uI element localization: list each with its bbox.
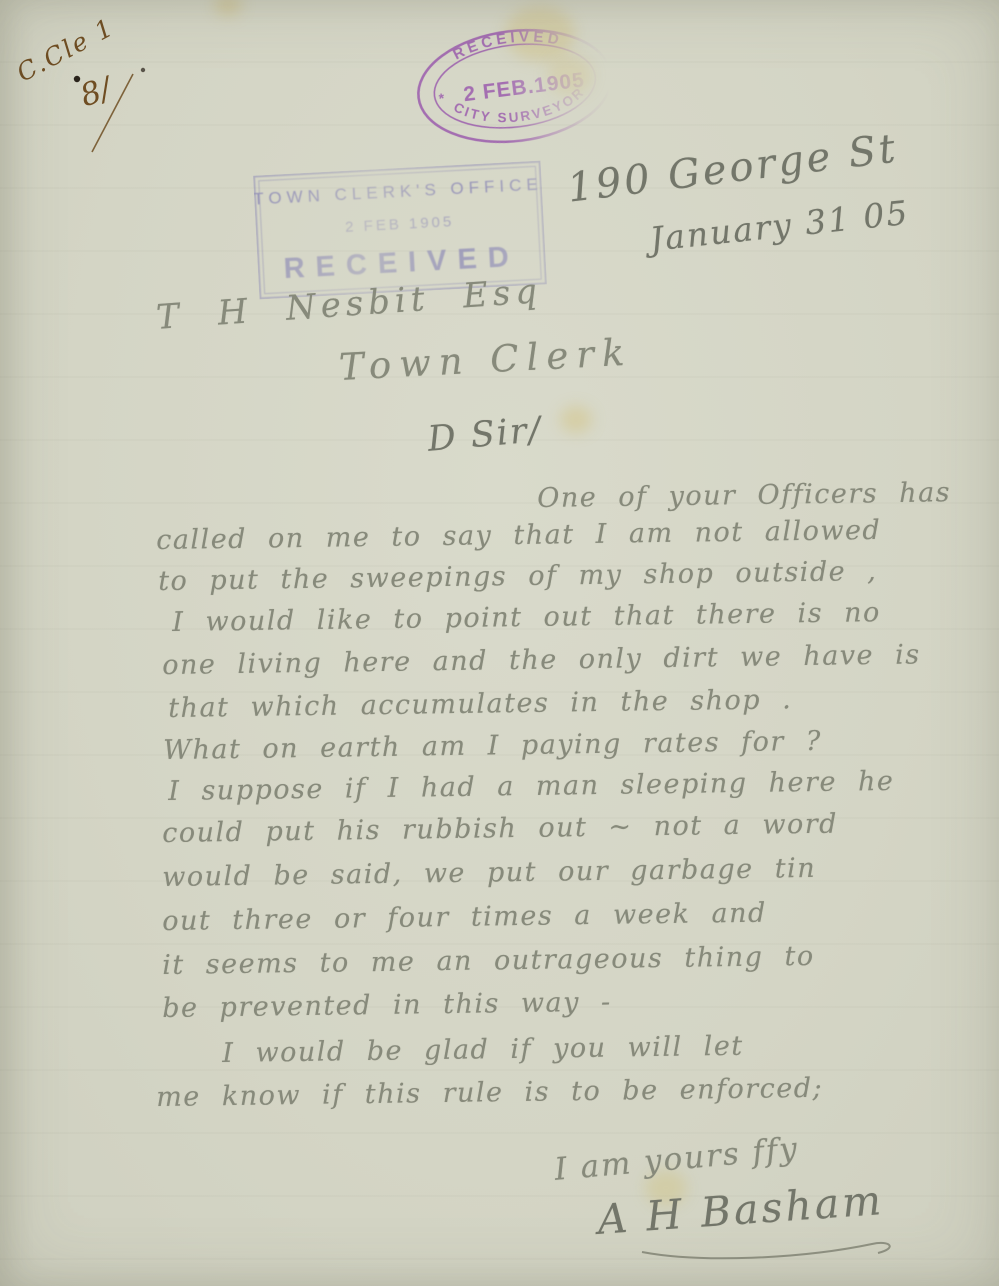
city-surveyor-received-stamp: RECEIVED CITY SURVEYOR 2 FEB.1905 * — [405, 12, 625, 162]
letter-line: that which accumulates in the shop . — [168, 684, 792, 724]
letter-page: C.Cle 1 8/ RECEIVED CITY SURVEYOR 2 FEB.… — [0, 0, 999, 1286]
letter-line: one living here and the only dirt we hav… — [162, 639, 921, 681]
letter-line: it seems to me an outrageous thing to — [162, 941, 815, 981]
letter-line: could put his rubbish out ~ not a word — [162, 809, 838, 849]
letter-line: I would like to point out that there is … — [172, 597, 881, 638]
stamp-star: * — [438, 90, 446, 107]
letter-line: What on earth am I paying rates for ? — [163, 726, 822, 766]
svg-text:RECEIVED: RECEIVED — [449, 23, 566, 64]
ink-dot — [141, 68, 145, 72]
letter-line: would be said, we put our garbage tin — [162, 853, 816, 893]
closing-valediction: I am yours ffy — [553, 1131, 800, 1188]
stain — [560, 406, 592, 433]
stain — [214, 0, 242, 16]
stamp-office-text: TOWN CLERK'S OFFICE — [253, 174, 543, 209]
letter-line: called on me to say that I am not allowe… — [156, 515, 881, 556]
letter-line: One of your Officers has — [537, 477, 951, 514]
recipient-title: Town Clerk — [338, 331, 633, 389]
letter-line: I would be glad if you will let — [222, 1031, 744, 1069]
corner-annotation-number: 8/ — [76, 71, 116, 115]
signature: A H Basham — [596, 1176, 885, 1244]
letter-line: be prevented in this way - — [162, 987, 612, 1024]
stamp-received-text: RECEIVED — [449, 23, 566, 64]
letter-line: me know if this rule is to be enforced; — [156, 1073, 823, 1113]
stamp-date-text: 2 FEB 1905 — [345, 213, 455, 236]
signature-underline-flourish — [642, 1243, 890, 1258]
letter-line: to put the sweepings of my shop outside … — [158, 556, 877, 597]
letter-line: I suppose if I had a man sleeping here h… — [168, 766, 895, 807]
salutation: D Sir/ — [426, 410, 544, 460]
letter-date: January 31 05 — [648, 193, 911, 259]
letter-line: out three or four times a week and — [162, 898, 767, 937]
